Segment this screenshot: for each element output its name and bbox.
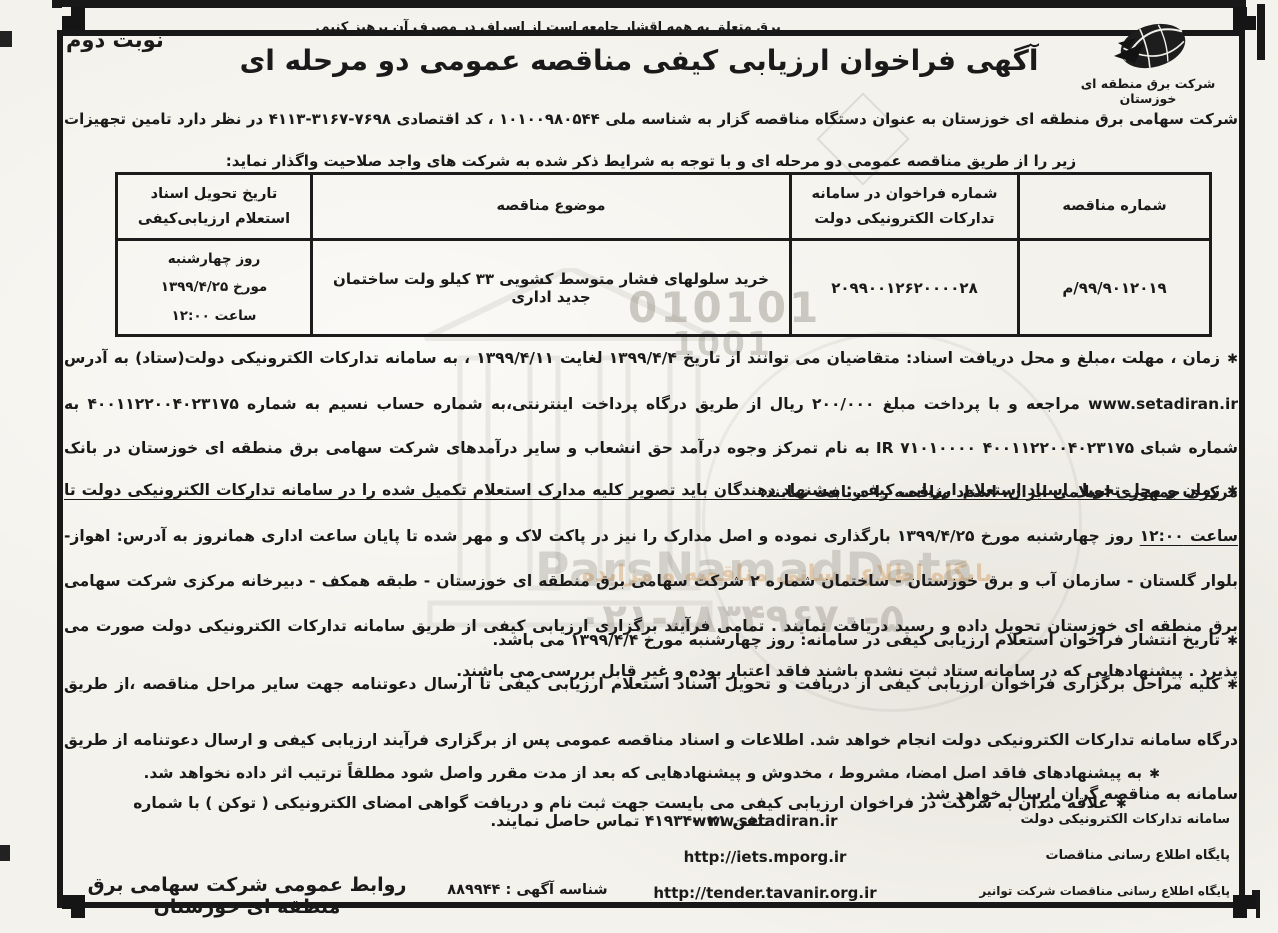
link-url-tavanir: http://tender.tavanir.org.ir [600, 884, 930, 902]
iban-value: IR ۷۱۰۱۰۰۰۰ ۴۰۰۱۱۲۲۰۰۴۰۲۳۱۷۵ [876, 439, 1134, 457]
setad-no-cell: ۲۰۹۹۰۰۱۲۶۲۰۰۰۰۲۸ [791, 240, 1019, 336]
frame-corner-ornament [62, 7, 85, 30]
bullet-item-publish-date: ✱تاریخ انتشار فراخوان استعلام ارزیابی کی… [64, 631, 1238, 649]
column-header-subject: موضوع مناقصه [312, 174, 791, 240]
column-header-tender-no: شماره مناقصه [1019, 174, 1211, 240]
bullet-text: تاریخ انتشار فراخوان استعلام ارزیابی کیف… [492, 631, 1220, 649]
frame-left-mark [0, 845, 10, 861]
bullet-marker-icon: ✱ [1149, 767, 1160, 782]
publisher-signature: روابط عمومی شرکت سهامی برق منطقه ای خوزس… [58, 874, 436, 918]
ad-id-value: ۸۸۹۹۴۴ [447, 882, 500, 898]
ad-id: شناسه آگهی : ۸۸۹۹۴۴ [425, 882, 630, 898]
bullet-marker-icon: ✱ [1227, 352, 1238, 367]
intro-paragraph: شرکت سهامی برق منطقه ای خوزستان به عنوان… [64, 98, 1238, 182]
frame-corner-ornament [1233, 7, 1256, 30]
deadline-time: ساعت ۱۲:۰۰ [124, 302, 304, 330]
tender-no-cell: م/۹۹/۹۰۱۲۰۱۹ [1019, 240, 1211, 336]
deadline-cell: روز چهارشنبه مورخ ۱۳۹۹/۴/۲۵ ساعت ۱۲:۰۰ [117, 240, 312, 336]
bullet-marker-icon: ✱ [1227, 484, 1238, 499]
link-url-setad: www.setadiran.ir [600, 812, 930, 830]
link-url-iets: http://iets.mporg.ir [600, 848, 930, 866]
ad-id-label: شناسه آگهی : [505, 882, 607, 898]
scanned-tender-notice: { "page": { "edition_label": "نوبت دوم",… [0, 0, 1278, 933]
deadline-date: مورخ ۱۳۹۹/۴/۲۵ [124, 273, 304, 301]
bullet-marker-icon: ✱ [1227, 678, 1238, 693]
page-title: آگهی فراخوان ارزیابی کیفی مناقصه عمومی د… [0, 44, 1278, 77]
frame-top-strip [52, 0, 1246, 8]
bullet-marker-icon: ✱ [1227, 634, 1238, 649]
header-slogan: برق متعلق به همه اقشار جامعه است از اسرا… [248, 20, 848, 35]
bullet-item-invalid-offers: ✱به پیشنهادهای فاقد اصل امضا، مشروط ، مخ… [64, 764, 1238, 782]
tender-table: شماره مناقصه شماره فراخوان در سامانه تدا… [115, 172, 1212, 337]
subject-cell: خرید سلولهای فشار متوسط کشویی ۳۳ کیلو ول… [312, 240, 791, 336]
link-label-iets: پایگاه اطلاع رسانی مناقصات [950, 848, 1230, 863]
table-row: م/۹۹/۹۰۱۲۰۱۹ ۲۰۹۹۰۰۱۲۶۲۰۰۰۰۲۸ خرید سلوله… [117, 240, 1211, 336]
deadline-day: روز چهارشنبه [124, 245, 304, 273]
link-label-tavanir: پایگاه اطلاع رسانی مناقصات شرکت توانیر [950, 884, 1230, 898]
bullet-marker-icon: ✱ [1116, 797, 1127, 812]
link-label-setad: سامانه تدارکات الکترونیکی دولت [950, 812, 1230, 827]
column-header-deadline: تاریخ تحویل اسناد استعلام ارزیابی‌کیفی [117, 174, 312, 240]
frame-corner-ornament [1233, 895, 1256, 918]
column-header-setad-no: شماره فراخوان در سامانه تدارکات الکترونی… [791, 174, 1019, 240]
bullet-text: کلیه مراحل برگزاری فراخوان ارزیابی کیفی … [64, 675, 1238, 803]
bullet-text: به پیشنهادهای فاقد اصل امضا، مشروط ، مخد… [143, 764, 1142, 782]
table-header-row: شماره مناقصه شماره فراخوان در سامانه تدا… [117, 174, 1211, 240]
tender-no-value: م/۹۹/۹۰۱۲۰۱۹ [1062, 279, 1166, 297]
